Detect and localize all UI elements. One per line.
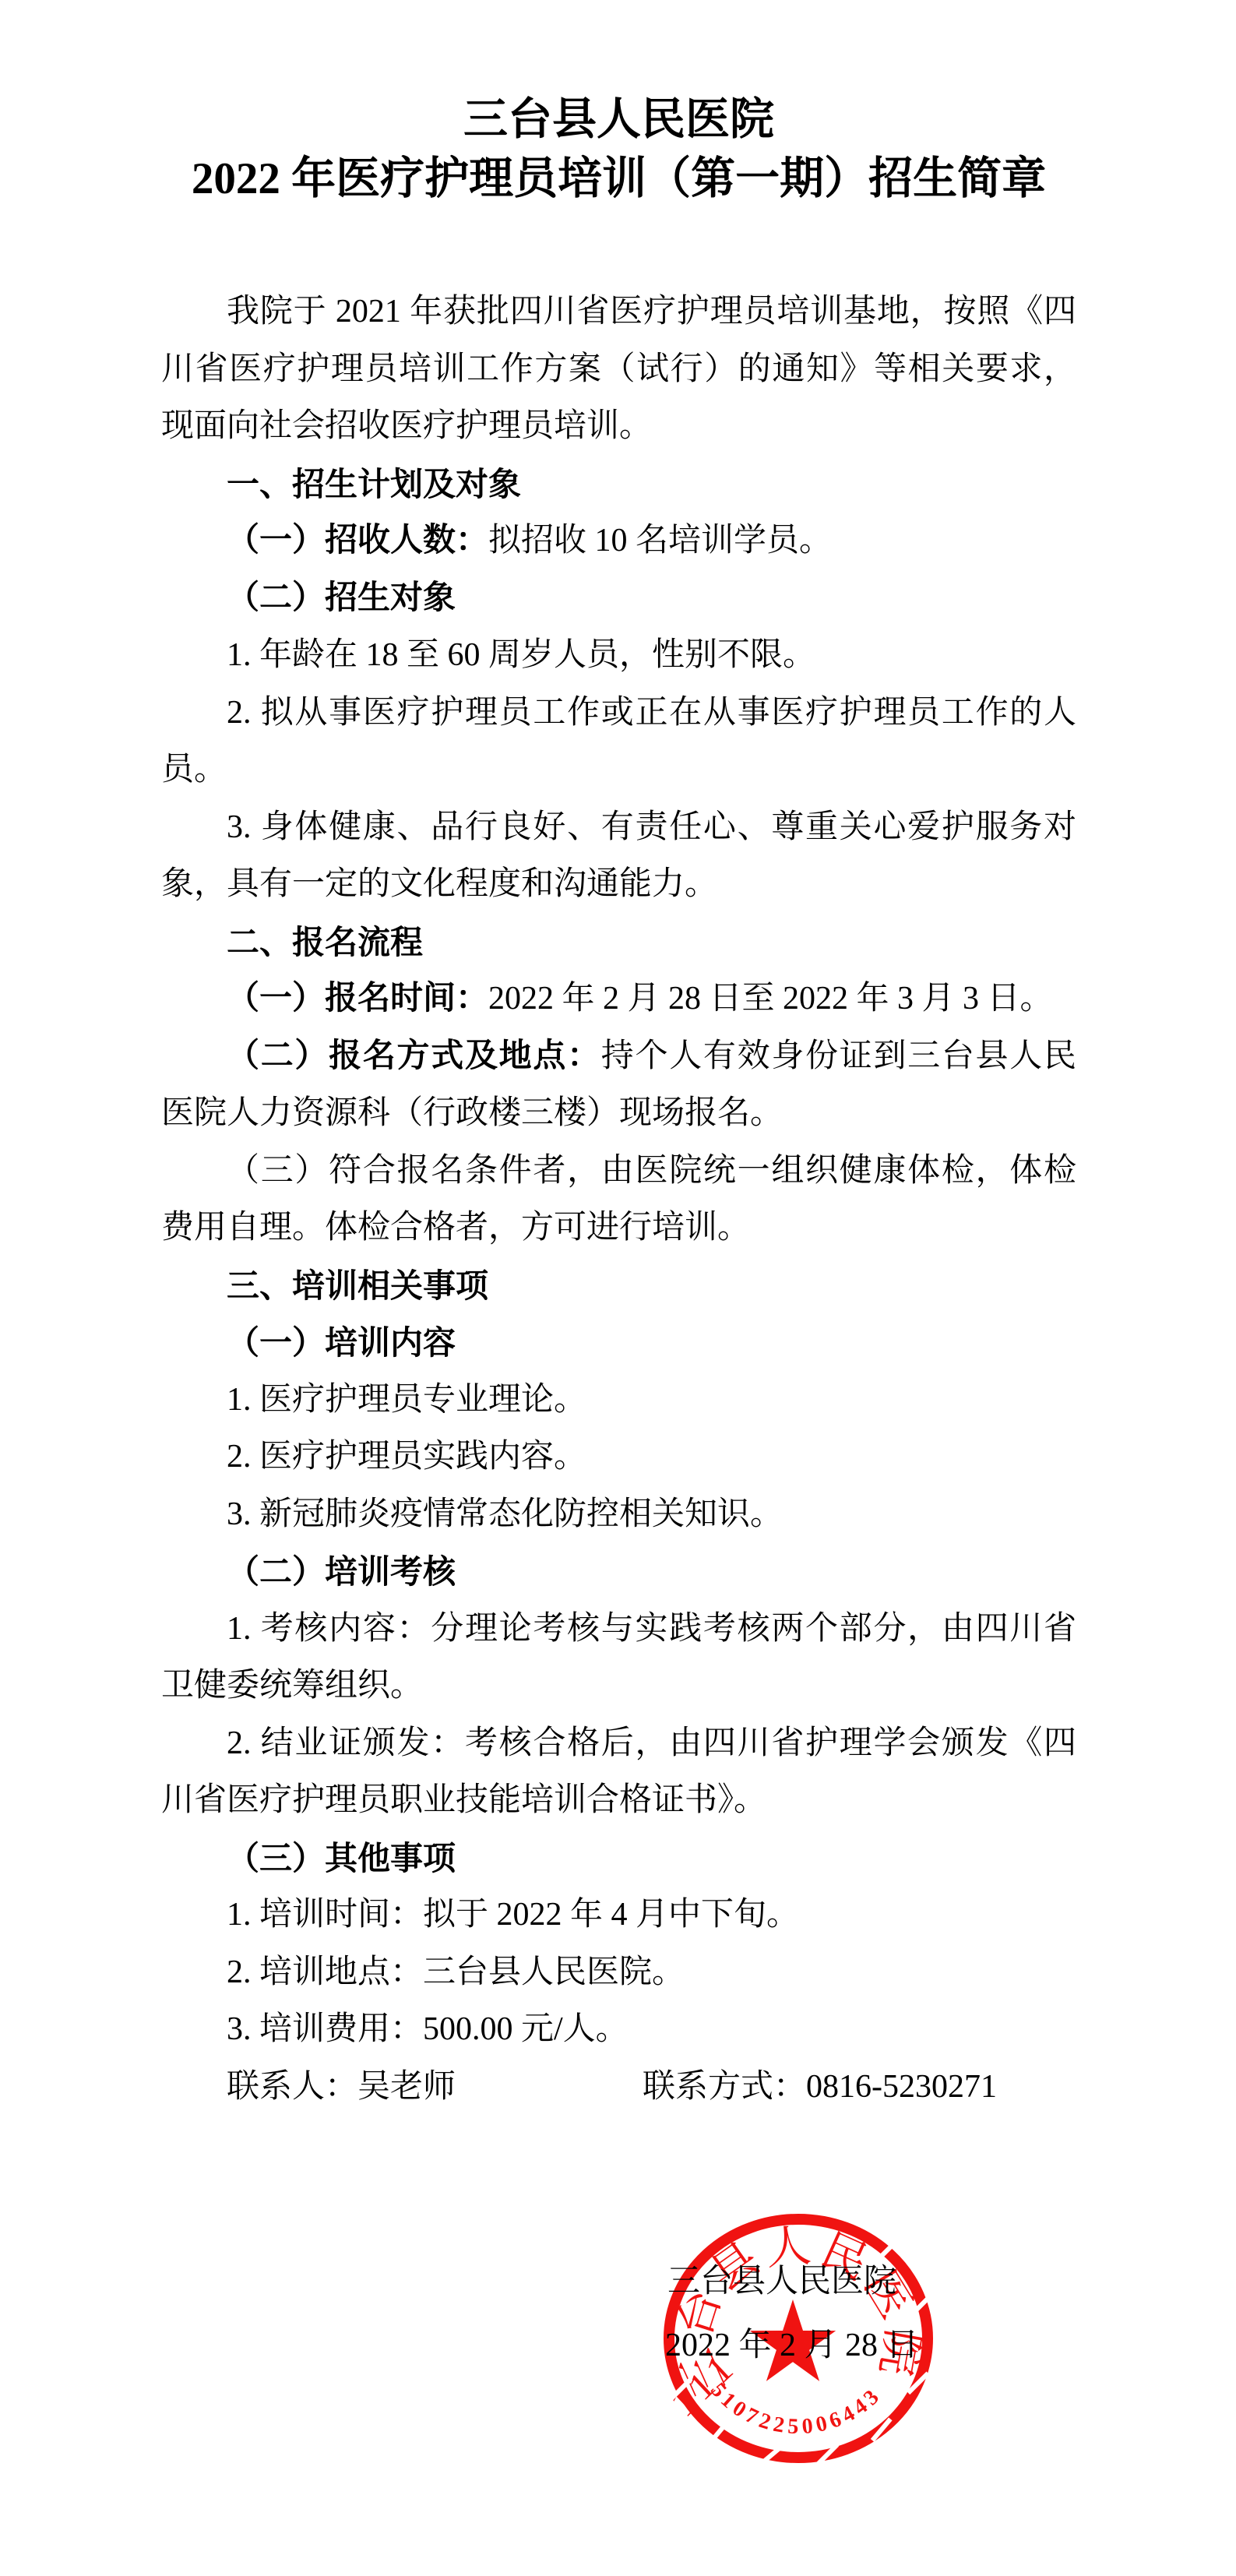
- list-item: 1. 考核内容：分理论考核与实践考核两个部分，由四川省卫健委统筹组织。: [161, 1601, 1076, 1715]
- contact-person: 联系人：吴老师: [227, 2069, 456, 2105]
- item-lead: （二）报名方式及地点：: [227, 1038, 601, 1074]
- list-item: 1. 年龄在 18 至 60 周岁人员，性别不限。: [161, 627, 1076, 685]
- subsection-heading: （三）其他事项: [161, 1830, 1076, 1887]
- seal-serial: 5107225006443: [706, 2378, 885, 2439]
- item-text: 拟招收 10 名培训学员。: [488, 523, 832, 559]
- list-item: （二）招生对象: [161, 570, 1076, 628]
- official-stamp: 三台县人民医院 111 5107225006443 三台县人民医院 2022 年…: [659, 2211, 939, 2476]
- list-item: 2. 拟从事医疗护理员工作或正在从事医疗护理员工作的人员。: [161, 685, 1076, 799]
- section-heading-2: 二、报名流程: [161, 914, 1076, 971]
- stamp-overlay-org: 三台县人民医院: [667, 2262, 896, 2301]
- list-item: 2. 结业证颁发：考核合格后，由四川省护理学会颁发《四川省医疗护理员职业技能培训…: [161, 1715, 1076, 1830]
- list-item: 3. 身体健康、品行良好、有责任心、尊重关心爱护服务对象，具有一定的文化程度和沟…: [161, 799, 1076, 914]
- document-page: 三台县人民医院 2022 年医疗护理员培训（第一期）招生简章 我院于 2021 …: [0, 0, 1236, 2576]
- item-lead: （一）招收人数：: [227, 523, 488, 559]
- list-item: （三）符合报名条件者，由医院统一组织健康体检，体检费用自理。体检合格者，方可进行…: [161, 1143, 1076, 1257]
- document-title: 三台县人民医院 2022 年医疗护理员培训（第一期）招生简章: [161, 90, 1076, 209]
- section-heading-3: 三、培训相关事项: [161, 1257, 1076, 1315]
- item-lead: （二）招生对象: [227, 580, 456, 616]
- section-heading-1: 一、招生计划及对象: [161, 456, 1076, 513]
- title-line-2: 2022 年医疗护理员培训（第一期）招生简章: [161, 150, 1076, 209]
- subsection-heading: （二）培训考核: [161, 1543, 1076, 1601]
- contact-phone: 联系方式：0816-5230271: [643, 2059, 997, 2116]
- item-text: 2022 年 2 月 28 日至 2022 年 3 月 3 日。: [488, 981, 1053, 1017]
- contact-line: 联系人：吴老师 联系方式：0816-5230271: [161, 2059, 1076, 2116]
- list-item: 1. 医疗护理员专业理论。: [161, 1372, 1076, 1429]
- list-item: 3. 培训费用：500.00 元/人。: [161, 2001, 1076, 2059]
- title-line-1: 三台县人民医院: [161, 90, 1076, 150]
- list-item: （二）报名方式及地点：持个人有效身份证到三台县人民医院人力资源科（行政楼三楼）现…: [161, 1028, 1076, 1143]
- item-lead: （一）报名时间：: [227, 981, 488, 1017]
- stamp-overlay-date: 2022 年 2 月 28 日: [665, 2326, 919, 2365]
- list-item: （一）报名时间：2022 年 2 月 28 日至 2022 年 3 月 3 日。: [161, 971, 1076, 1028]
- list-item: 1. 培训时间：拟于 2022 年 4 月中下旬。: [161, 1887, 1076, 1944]
- list-item: 2. 医疗护理员实践内容。: [161, 1429, 1076, 1486]
- intro-paragraph: 我院于 2021 年获批四川省医疗护理员培训基地，按照《四川省医疗护理员培训工作…: [161, 284, 1076, 456]
- list-item: 3. 新冠肺炎疫情常态化防控相关知识。: [161, 1486, 1076, 1544]
- list-item: （一）招收人数：拟招收 10 名培训学员。: [161, 513, 1076, 570]
- subsection-heading: （一）培训内容: [161, 1314, 1076, 1372]
- list-item: 2. 培训地点：三台县人民医院。: [161, 1944, 1076, 2002]
